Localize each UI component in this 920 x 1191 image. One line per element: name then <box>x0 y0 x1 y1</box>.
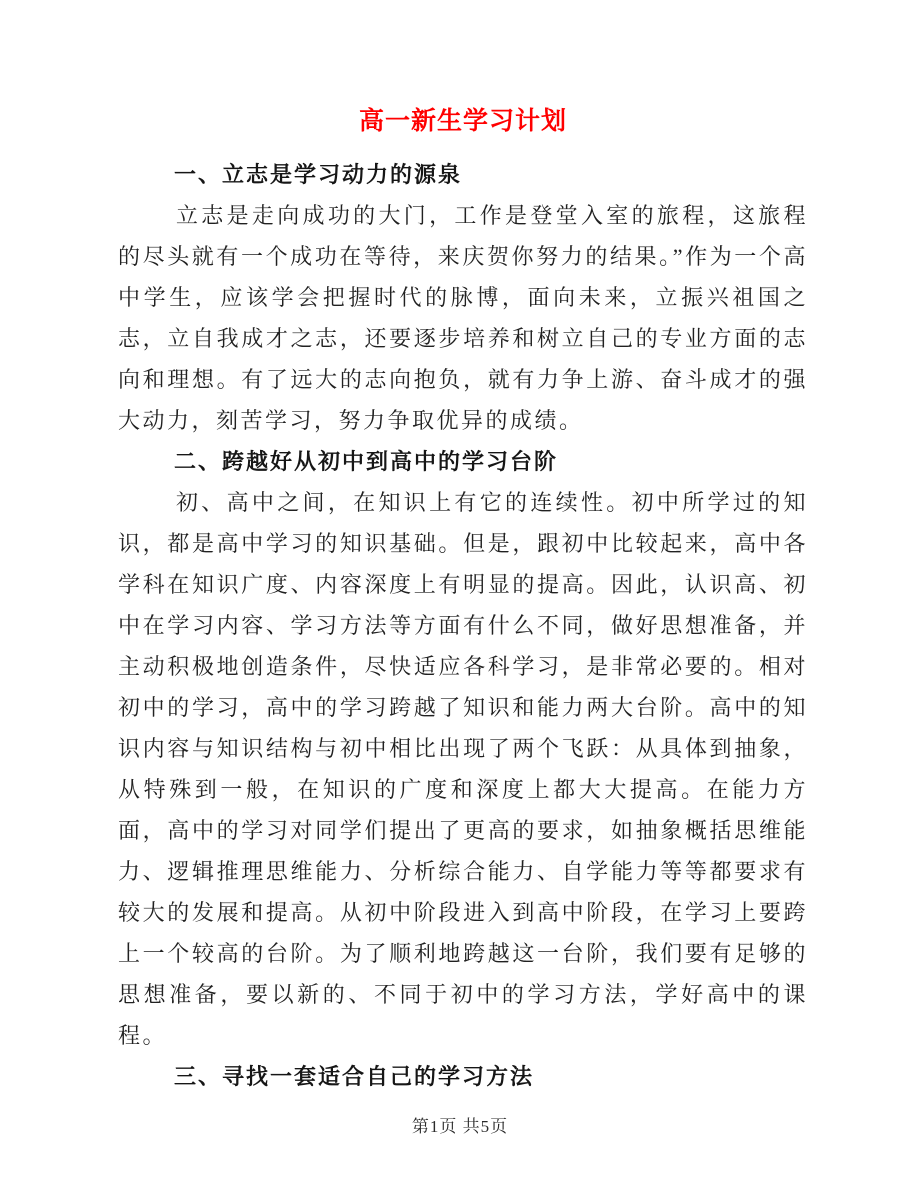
section-1-heading: 一、立志是学习动力的源泉 <box>118 154 808 195</box>
document-content: 高一新生学习计划 一、立志是学习动力的源泉 立志是走向成功的大门，工作是登堂入室… <box>0 0 920 1097</box>
document-page: 高一新生学习计划 一、立志是学习动力的源泉 立志是走向成功的大门，工作是登堂入室… <box>0 0 920 1191</box>
section-1: 一、立志是学习动力的源泉 立志是走向成功的大门，工作是登堂入室的旅程，这旅程的尽… <box>118 154 808 441</box>
section-1-paragraph: 立志是走向成功的大门，工作是登堂入室的旅程，这旅程的尽头就有一个成功在等待，来庆… <box>118 195 808 441</box>
section-2-heading: 二、跨越好从初中到高中的学习台阶 <box>118 441 808 482</box>
document-title: 高一新生学习计划 <box>118 104 808 140</box>
page-number-label: 第1页 共5页 <box>412 1117 508 1136</box>
section-3-heading: 三、寻找一套适合自己的学习方法 <box>118 1056 808 1097</box>
section-2-paragraph: 初、高中之间，在知识上有它的连续性。初中所学过的知识，都是高中学习的知识基础。但… <box>118 482 808 1056</box>
section-2: 二、跨越好从初中到高中的学习台阶 初、高中之间，在知识上有它的连续性。初中所学过… <box>118 441 808 1056</box>
section-3: 三、寻找一套适合自己的学习方法 <box>118 1056 808 1097</box>
page-footer: 第1页 共5页 <box>0 1112 920 1137</box>
